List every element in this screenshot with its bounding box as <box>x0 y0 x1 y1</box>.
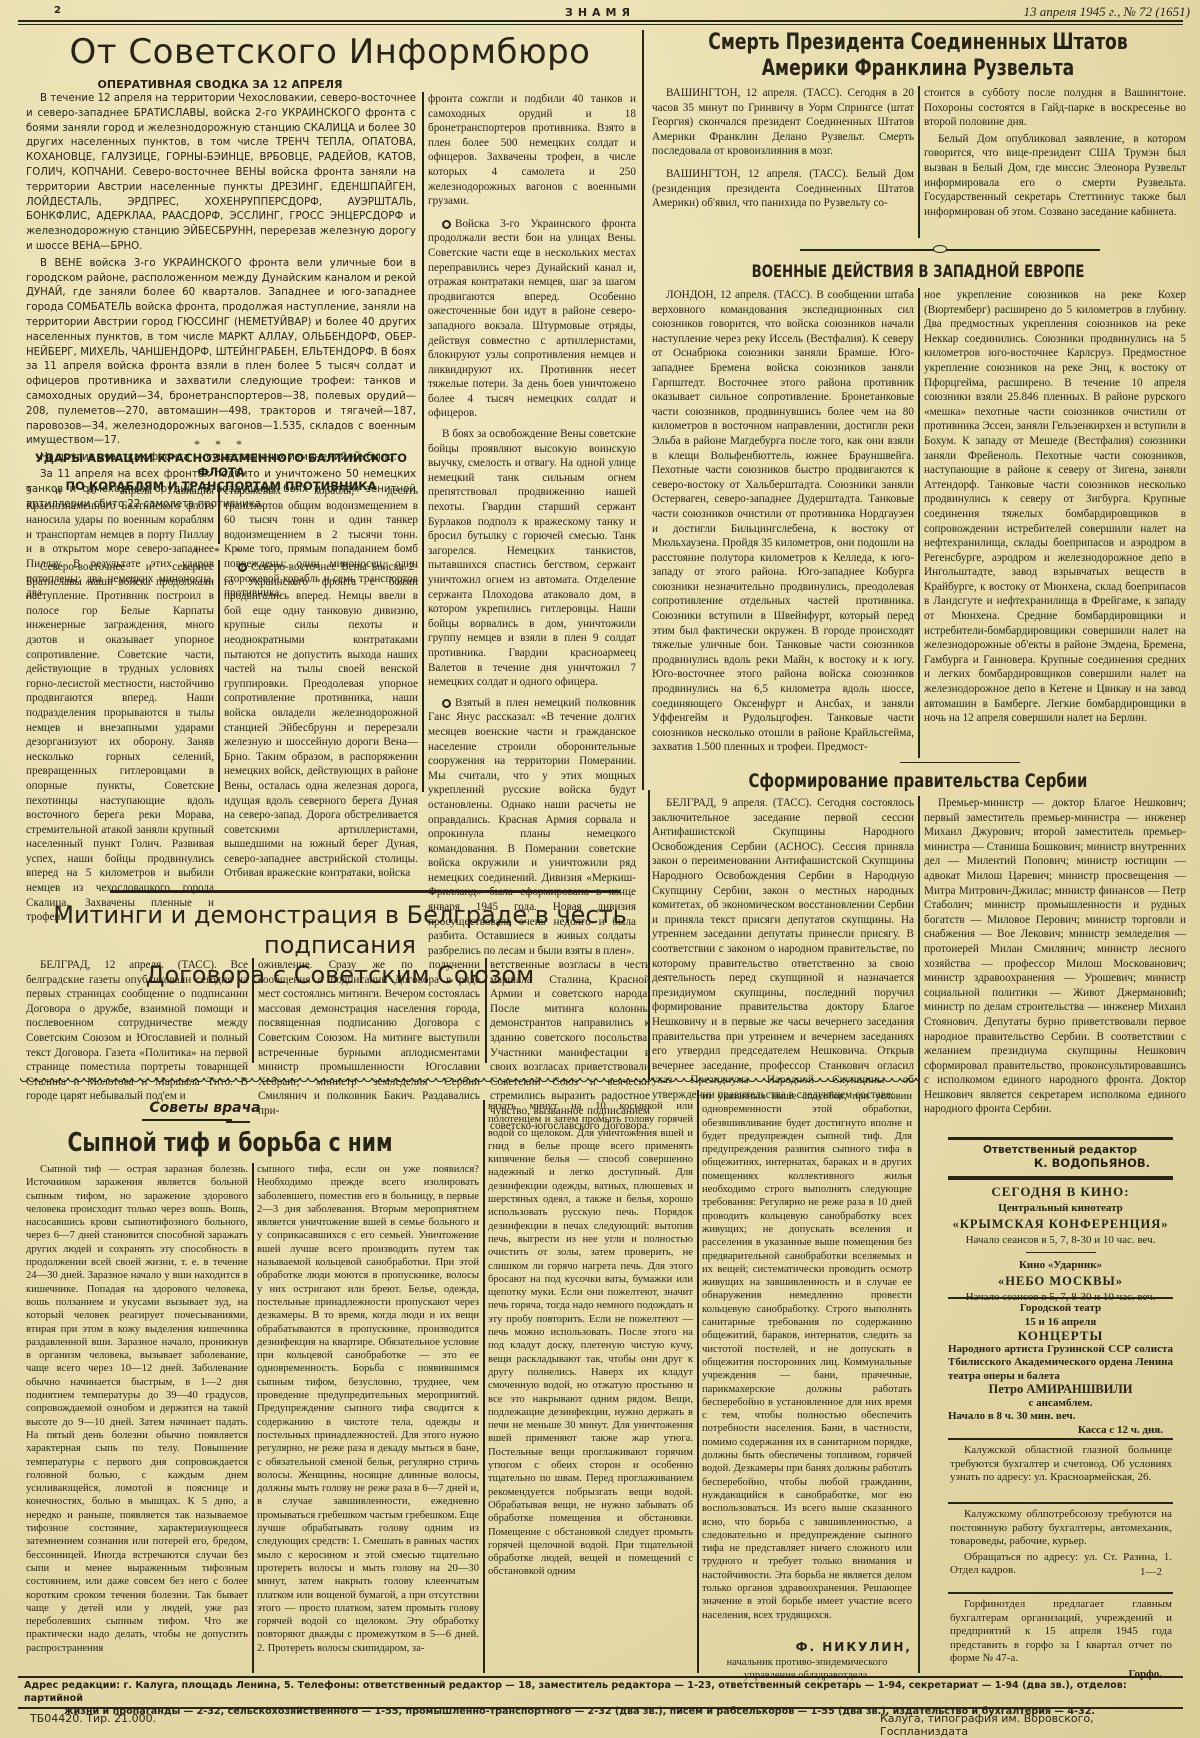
svodka-paragraph: В течение 12 апреля на территории Чехосл… <box>26 92 416 255</box>
cinema-film: «КРЫМСКАЯ КОНФЕРЕНЦИЯ» <box>948 1216 1173 1232</box>
western-europe-title: ВОЕННЫЕ ДЕЙСТВИЯ В ЗАПАДНОЙ ЕВРОПЕ <box>707 262 1128 282</box>
column-divider <box>642 30 644 790</box>
north-bratislava-text: Северо-восточнее и севернее Братиславы н… <box>26 560 214 927</box>
oblpotreb-ad: Калужскому облпотребсоюзу требуются на п… <box>950 1508 1172 1579</box>
typhus-paragraph: Сыпной тиф — острая заразная болезнь. Ис… <box>26 1163 248 1655</box>
typhus-col1: Сыпной тиф — острая заразная болезнь. Ис… <box>26 1163 248 1657</box>
theatre-ensemble: с ансамблем. <box>948 1397 1173 1411</box>
masthead-rule-thin <box>18 24 1183 25</box>
roosevelt-title: Смерть Президента Соединенных Штатов Аме… <box>648 30 1188 82</box>
circle-bullet-icon <box>442 220 451 229</box>
theatre-performer: Петро АМИРАНШВИЛИ <box>948 1383 1173 1397</box>
theatre-start: Начало в 8 ч. 30 мин. веч. <box>948 1410 1173 1424</box>
roosevelt-paragraph: Белый Дом опубликовал заявление, в котор… <box>924 132 1186 220</box>
stars-separator: * * * <box>150 544 290 559</box>
column-divider <box>648 790 650 1080</box>
column-divider <box>485 958 487 1063</box>
typhus-col2: сыпного тифа, если он уже появился? Необ… <box>257 1163 479 1657</box>
ornament-rule <box>800 249 1100 251</box>
typhus-paragraph: вязать минут на 10 косынкой или полотенц… <box>488 1100 693 1579</box>
column-divider <box>218 560 220 792</box>
serbia-col1: БЕЛГРАД, 9 апреля. (ТАСС). Сегодня состо… <box>652 796 914 1104</box>
editor-label: Ответственный редактор <box>950 1144 1170 1156</box>
cinema-venue: Кино «Ударник» <box>948 1257 1173 1273</box>
gorfo-ad: Горфинотдел предлагает главным бухгалтер… <box>950 1598 1172 1681</box>
vienna-northeast-text: Северо-восточнее Вены войска 2-го Украин… <box>224 560 418 883</box>
typhus-signature: Ф. НИКУЛИН, <box>702 1640 912 1654</box>
section-rule <box>948 1502 1173 1504</box>
short-rule <box>900 762 1020 763</box>
masthead-rule <box>18 20 1183 22</box>
section-rule <box>948 1176 1173 1180</box>
column-divider <box>918 288 920 758</box>
address-line: Адрес редакции: г. Калуга, площадь Ленин… <box>24 1679 1184 1705</box>
svodka-paragraph: В ВЕНЕ войска 3-го УКРАИНСКОГО фронта ве… <box>26 257 416 449</box>
roosevelt-title-line1: Смерть Президента Соединенных Штатов <box>707 30 1128 56</box>
ad-text: Калужской областной глазной больнице тре… <box>950 1444 1172 1485</box>
column-divider <box>252 1163 254 1673</box>
sovinformburo-subtitle: ОПЕРАТИВНАЯ СВОДКА ЗА 12 АПРЕЛЯ <box>20 78 420 91</box>
typhus-rubric: Советы врача <box>140 1100 270 1116</box>
roosevelt-paragraph: ВАШИНГТОН, 12 апреля. (ТАСС). Сегодня в … <box>652 86 914 159</box>
section-rule <box>948 1137 1173 1140</box>
ornament-diamond-icon <box>933 245 947 253</box>
roosevelt-paragraph: ВАШИНГТОН, 12 апреля. (ТАСС). Белый Дом … <box>652 167 914 211</box>
stars-separator: * * * <box>26 437 416 452</box>
newspaper-name: ЗНАМЯ <box>540 6 660 19</box>
belgrade-paragraph: оживление. Сразу же по получении сообщен… <box>258 958 480 1119</box>
column-divider <box>218 484 220 544</box>
footer-rule <box>18 1707 1183 1709</box>
western-europe-col2: ное укрепление союзников на реке Кохер (… <box>924 288 1186 728</box>
baltic-title-line1: УДАРЫ АВИАЦИИ КРАСНОЗНАМЕННОГО БАЛТИЙСКО… <box>26 451 416 479</box>
column-divider <box>422 92 424 792</box>
section-rule <box>948 1438 1173 1440</box>
col2-paragraph: Войска 3-го Украинского фронта продолжал… <box>428 218 636 420</box>
we-paragraph: ЛОНДОН, 12 апреля. (ТАСС). В сообщении ш… <box>652 288 914 755</box>
belgrade-title-line1: Митинги и демонстрация в Белграде в чест… <box>20 900 660 960</box>
issue-date: 13 апреля 1945 г., № 72 (1651) <box>940 4 1190 20</box>
cinema-times: Начало сеансов в 5, 7, 8-30 и 10 час. ве… <box>948 1232 1173 1248</box>
cinema-film: «НЕБО МОСКВЫ» <box>948 1273 1173 1289</box>
typhus-paragraph: из указанных выше способов, при условии … <box>702 1090 912 1622</box>
sovinformburo-title: От Советского Информбюро <box>20 32 640 72</box>
wavy-separator <box>20 1078 920 1086</box>
col2-paragraph: В боях за освобождение Вены советские бо… <box>428 427 636 690</box>
north-paragraph: Северо-восточнее и севернее Братиславы н… <box>26 560 214 925</box>
cinema-heading: СЕГОДНЯ В КИНО: <box>948 1184 1173 1200</box>
author-name: Ф. НИКУЛИН, <box>702 1640 912 1654</box>
vienna-paragraph: Северо-восточнее Вены войска 2-го Украин… <box>224 561 418 879</box>
col2-paragraph: фронта сожгли и подбили 40 танков и само… <box>428 92 636 209</box>
roosevelt-col2: стоится в субботу после полудня в Вашинг… <box>924 86 1186 221</box>
ad-text: Калужскому облпотребсоюзу требуются на п… <box>950 1508 1172 1549</box>
serbia-paragraph: БЕЛГРАД, 9 апреля. (ТАСС). Сегодня состо… <box>652 796 914 1102</box>
ad-text: Горфинотдел предлагает главным бухгалтер… <box>950 1598 1172 1666</box>
footer-rule <box>18 1676 1183 1678</box>
newspaper-page: 2 ЗНАМЯ 13 апреля 1945 г., № 72 (1651) О… <box>0 0 1200 1738</box>
serbia-paragraph: Премьер-министр — доктор Благое Нешкович… <box>924 796 1186 1117</box>
print-code: ТБ04420. Тир. 21.000. <box>30 1712 156 1725</box>
section-rule <box>110 890 620 893</box>
serbia-title: Сформирование правительства Сербии <box>707 770 1128 792</box>
theatre-title: КОНЦЕРТЫ <box>948 1329 1173 1343</box>
page-number: 2 <box>54 5 66 16</box>
typhus-col4: из указанных выше способов, при условии … <box>702 1090 912 1624</box>
roosevelt-title-line2: Америки Франклина Рузвельта <box>707 56 1128 82</box>
hospital-ad: Калужской областной глазной больнице тре… <box>950 1444 1172 1487</box>
rubric-underline <box>142 1119 232 1121</box>
section-rule <box>948 1592 1173 1594</box>
circle-bullet-icon <box>238 563 247 572</box>
roosevelt-paragraph: стоится в субботу после полудня в Вашинг… <box>924 86 1186 130</box>
editor-name: К. ВОДОПЬЯНОВ. <box>950 1156 1170 1170</box>
theatre-desc: Народного артиста Грузинской ССР солиста… <box>948 1343 1173 1384</box>
theatre-box-office: Касса с 12 ч. дня. <box>948 1424 1173 1438</box>
rubric-underline <box>226 1121 250 1123</box>
editor-block: Ответственный редактор К. ВОДОПЬЯНОВ. <box>950 1144 1170 1170</box>
typhus-col3: вязать минут на 10 косынкой или полотенц… <box>488 1100 693 1581</box>
serbia-col2: Премьер-министр — доктор Благое Нешкович… <box>924 796 1186 1119</box>
theatre-dates: 15 и 16 апреля <box>948 1316 1173 1330</box>
column-divider <box>252 958 254 1063</box>
column-divider <box>918 86 920 238</box>
typhus-paragraph: сыпного тифа, если он уже появился? Необ… <box>257 1163 479 1655</box>
sovinformburo-col2: фронта сожгли и подбили 40 танков и само… <box>428 92 636 960</box>
column-divider <box>697 1090 699 1673</box>
theatre-ad: Городской театр 15 и 16 апреля КОНЦЕРТЫ … <box>948 1302 1173 1437</box>
section-rule <box>948 1297 1173 1299</box>
column-divider <box>918 1090 920 1673</box>
cinema-ad: СЕГОДНЯ В КИНО: Центральный кинотеатр «К… <box>948 1184 1173 1305</box>
typhus-title: Сыпной тиф и борьба с ним <box>66 1128 394 1158</box>
western-europe-col1: ЛОНДОН, 12 апреля. (ТАСС). В сообщении ш… <box>652 288 914 757</box>
short-rule <box>1026 1252 1096 1253</box>
circle-bullet-icon <box>442 699 451 708</box>
theatre-venue: Городской театр <box>948 1302 1173 1316</box>
cinema-venue: Центральный кинотеатр <box>948 1200 1173 1216</box>
belgrade-col2: оживление. Сразу же по получении сообщен… <box>258 958 480 1121</box>
printer-info: Калуга, типография им. Воровского, Госпл… <box>880 1712 1180 1738</box>
roosevelt-col1: ВАШИНГТОН, 12 апреля. (ТАСС). Сегодня в … <box>652 86 914 213</box>
column-divider <box>483 1100 485 1673</box>
we-paragraph: ное укрепление союзников на реке Кохер (… <box>924 288 1186 726</box>
